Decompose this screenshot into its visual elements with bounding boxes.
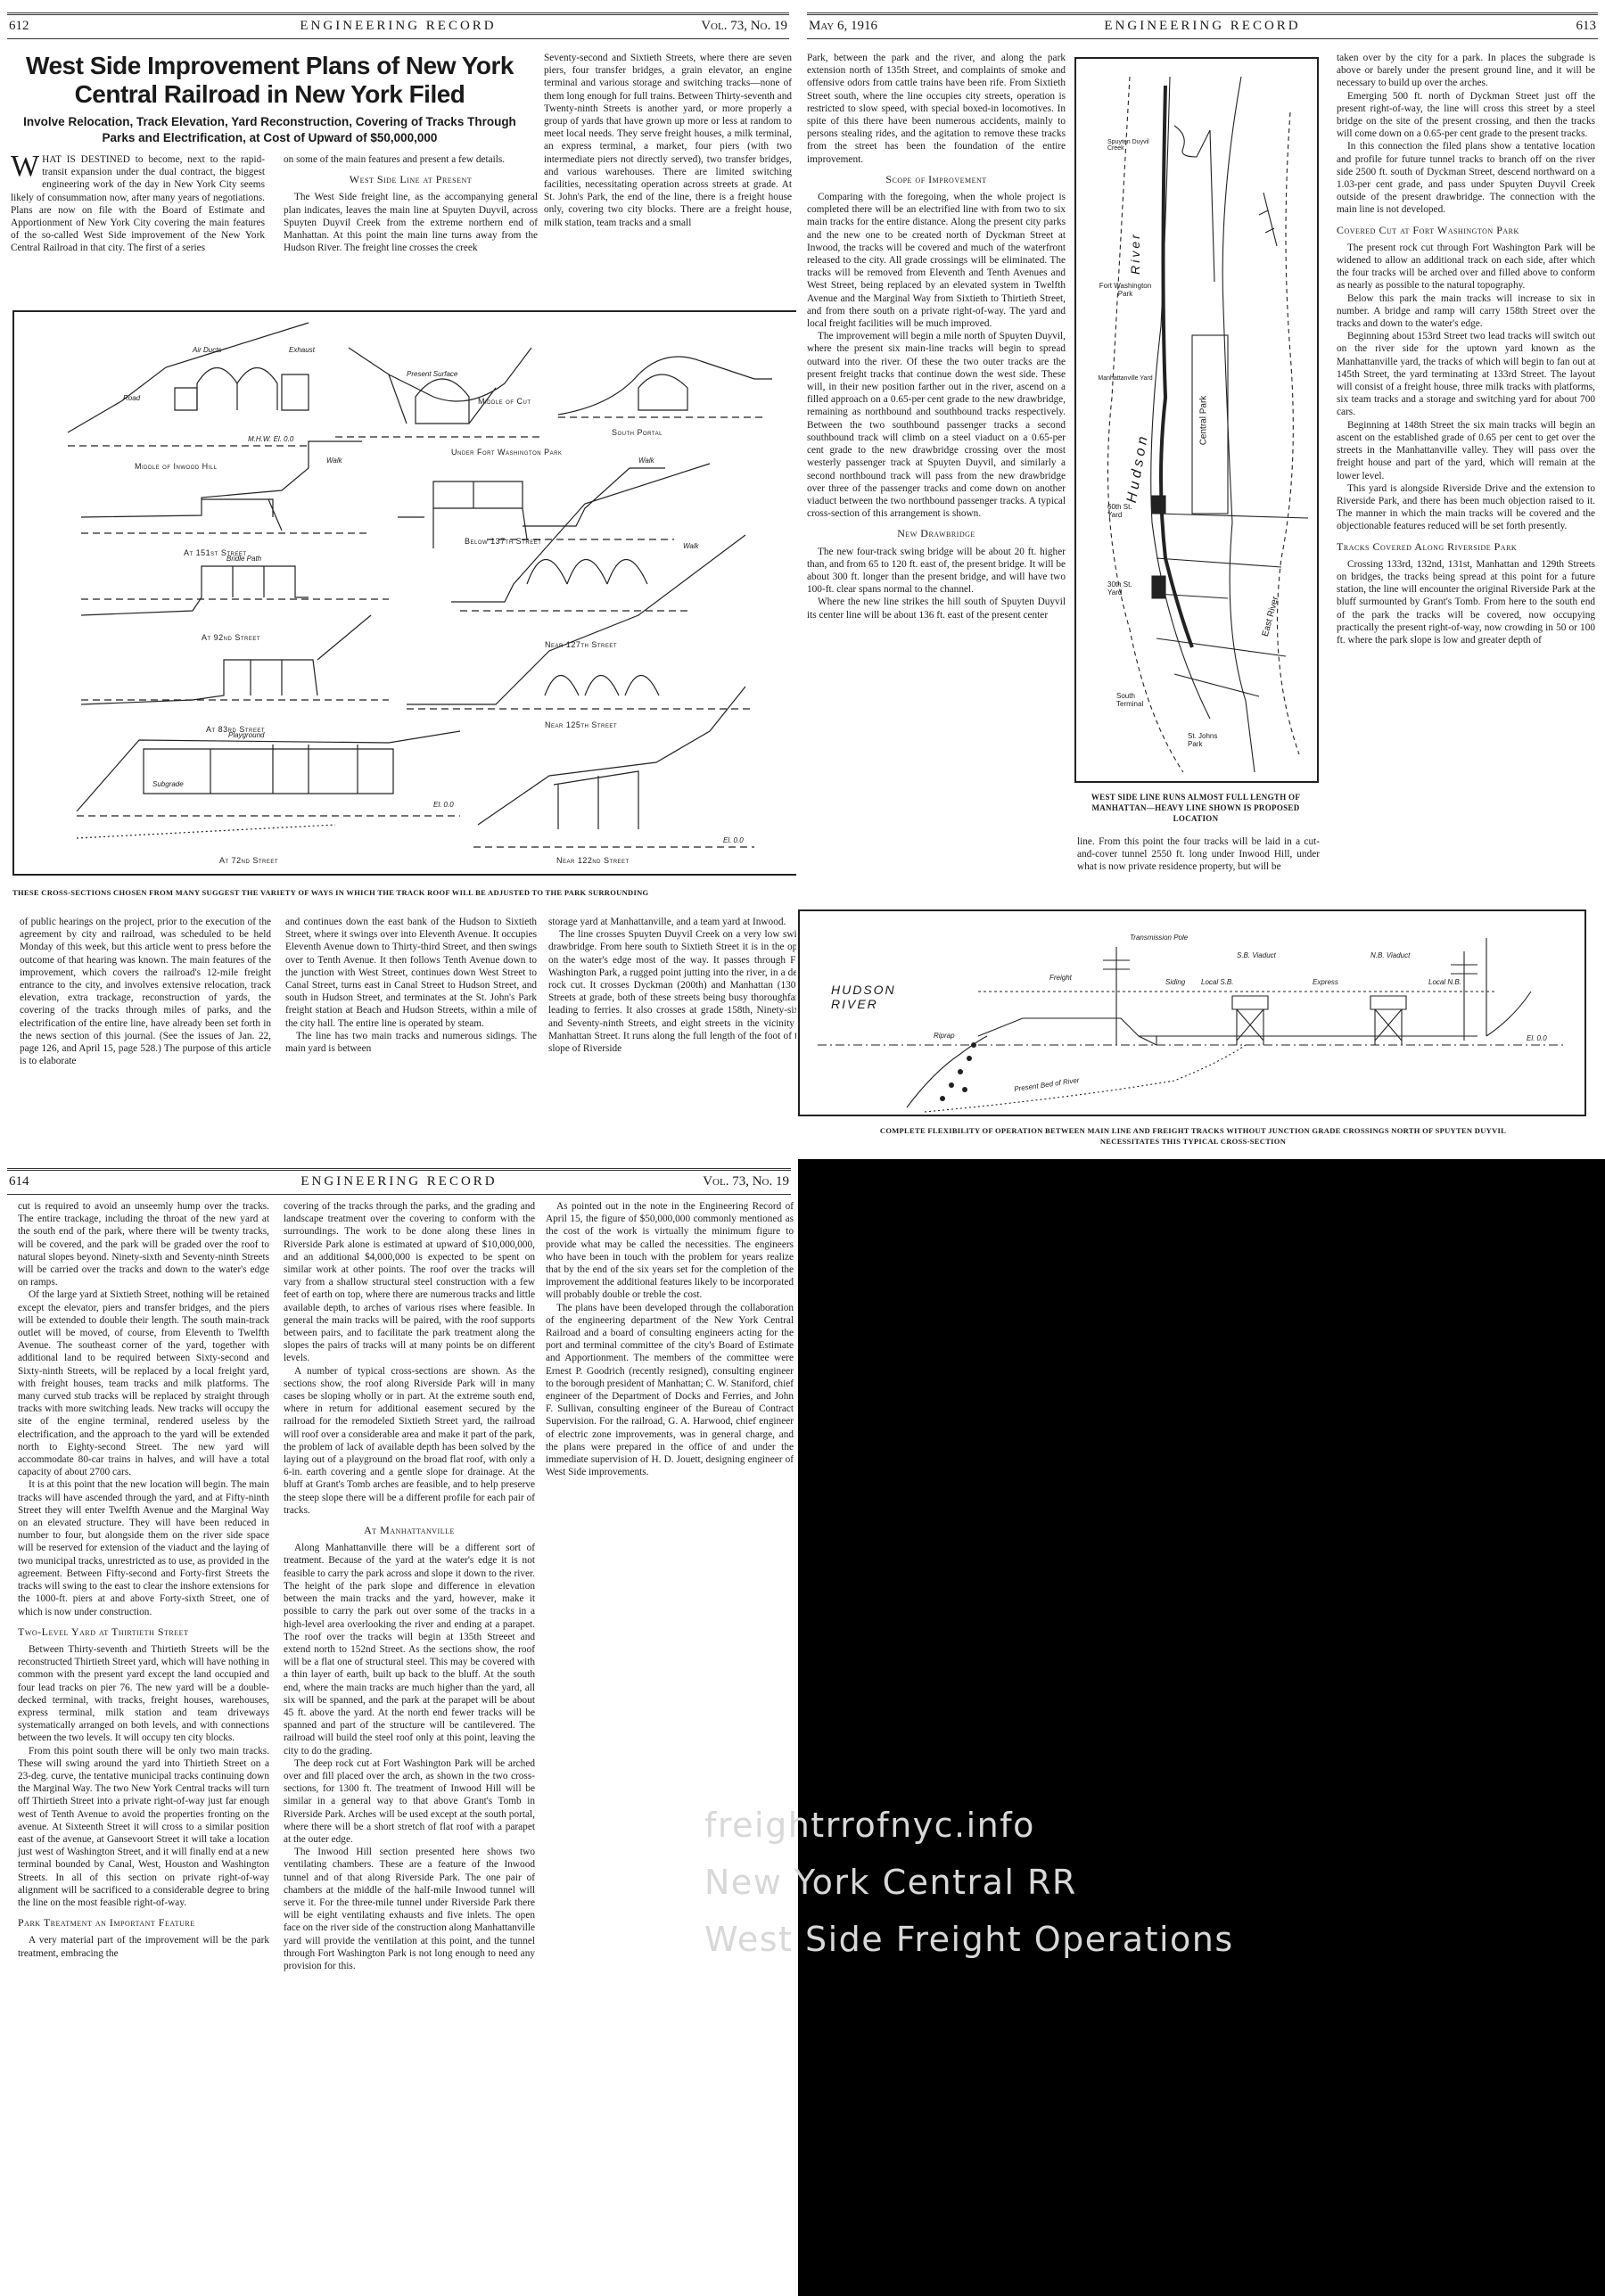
section-heading: Two-Level Yard at Thirtieth Street — [18, 1625, 269, 1638]
drawing-label: Transmission Pole — [1130, 934, 1188, 942]
drawing-label: Walk — [638, 457, 654, 465]
journal-name: ENGINEERING RECORD — [807, 19, 1598, 34]
section-heading: West Side Line at Present — [284, 173, 538, 185]
drawing-label: Local S.B. — [1201, 978, 1233, 986]
watermark-topic: West Side Freight Operations — [704, 1911, 1234, 1968]
column-3: As pointed out in the note in the Engine… — [546, 1200, 794, 1478]
paragraph: The new four-track swing bridge will be … — [807, 546, 1066, 597]
cross-sections-figure: Middle of Inwood Hill Middle of Cut Sout… — [12, 310, 796, 876]
intro-text: HAT IS DESTINED to become, next to the r… — [11, 154, 265, 253]
paragraph: Beginning about 153rd Street two lead tr… — [1337, 330, 1595, 418]
figure-caption: THESE CROSS-SECTIONS CHOSEN FROM MANY SU… — [12, 887, 796, 898]
map-label: Central Park — [1198, 396, 1208, 446]
map-label: River — [1128, 232, 1142, 275]
paragraph: Between Thirty-seventh and Thirtieth Str… — [18, 1643, 269, 1745]
caption-line-1: COMPLETE FLEXIBILITY OF OPERATION BETWEE… — [796, 1125, 1590, 1136]
drawing-label: Road — [123, 394, 140, 402]
drawing-label: Playground — [228, 731, 264, 739]
column-2: taken over by the city for a park. In pl… — [1337, 52, 1595, 646]
paragraph: Emerging 500 ft. north of Dyckman Street… — [1337, 90, 1595, 141]
section-heading: Tracks Covered Along Riverside Park — [1337, 540, 1595, 553]
bottom-column-3: storage yard at Manhattanville, and a te… — [548, 916, 796, 1055]
watermark-railroad: New York Central RR — [704, 1854, 1234, 1911]
section-heading: At Manhattanville — [284, 1524, 535, 1536]
drawing-label: Express — [1313, 978, 1338, 986]
paragraph: and continues down the east bank of the … — [285, 916, 537, 1030]
paragraph: of public hearings on the project, prior… — [20, 916, 271, 1067]
drawing-label: Local N.B. — [1428, 978, 1461, 986]
watermark-site: freightrrofnyc.info — [704, 1797, 1234, 1854]
typical-cross-section-figure: HUDSON RIVER Freight Transmission Pole S… — [798, 909, 1586, 1116]
map-label: 60th St. Yard — [1107, 503, 1143, 519]
paragraph: In this connection the filed plans show … — [1337, 140, 1595, 216]
journal-name: ENGINEERING RECORD — [7, 1174, 791, 1189]
paragraph: The deep rock cut at Fort Washington Par… — [284, 1757, 535, 1846]
paragraph: taken over by the city for a park. In pl… — [1337, 52, 1595, 90]
map-label: 30th St. Yard — [1107, 580, 1143, 597]
map-label: Manhattanville Yard — [1094, 375, 1156, 382]
map-caption: WEST SIDE LINE RUNS ALMOST FULL LENGTH O… — [1074, 792, 1317, 824]
page-header: May 6, 1916 ENGINEERING RECORD 613 — [807, 12, 1598, 39]
page-612: 612 ENGINEERING RECORD Vol. 73, No. 19 W… — [0, 0, 796, 1159]
column-3-top: Seventy-second and Sixtieth Streets, whe… — [544, 52, 792, 229]
drawing-label: Exhaust — [289, 346, 315, 354]
paragraph: The plans have been developed through th… — [546, 1302, 794, 1479]
column-1: Park, between the park and the river, an… — [807, 52, 1066, 621]
paragraph: Park, between the park and the river, an… — [807, 52, 1066, 166]
dropcap: W — [11, 154, 39, 179]
paragraph: The Inwood Hill section presented here s… — [284, 1846, 535, 1972]
drawing-label: M.H.W. El. 0.0 — [248, 435, 293, 443]
paragraph: Below this park the main tracks will inc… — [1337, 292, 1595, 331]
map-label: Spuyten Duyvil Creek — [1107, 139, 1156, 152]
section-heading: New Drawbridge — [807, 527, 1066, 539]
map-label: St. Johns Park — [1188, 732, 1223, 748]
section-label: Below 137th Street — [465, 537, 541, 546]
drawing-label: Walk — [326, 457, 342, 465]
cross-section-drawing — [800, 911, 1584, 1115]
drawing-label: Air Ducts — [193, 346, 221, 354]
paragraph: A very material part of the improvement … — [18, 1934, 269, 1959]
intro-text-2: on some of the main features and present… — [284, 153, 538, 166]
section-label: Under Fort Washington Park — [451, 448, 562, 457]
paragraph: line. From this point the four tracks wi… — [1077, 835, 1320, 874]
drawing-label: Subgrade — [152, 780, 184, 788]
bottom-column-1: of public hearings on the project, prior… — [20, 916, 271, 1067]
paragraph: It is at this point that the new locatio… — [18, 1478, 269, 1617]
paragraph: Of the large yard at Sixtieth Street, no… — [18, 1288, 269, 1478]
page-614: 614 ENGINEERING RECORD Vol. 73, No. 19 c… — [0, 1159, 798, 2296]
journal-name: ENGINEERING RECORD — [7, 19, 789, 34]
drawing-label: N.B. Viaduct — [1370, 951, 1410, 959]
section-label: Middle of Cut — [478, 397, 531, 406]
section-label: Near 125th Street — [545, 720, 617, 729]
map-label: Fort Washington Park — [1099, 282, 1152, 298]
drawing-label: HUDSON RIVER — [831, 983, 911, 1011]
cross-section-caption: COMPLETE FLEXIBILITY OF OPERATION BETWEE… — [796, 1125, 1590, 1147]
article-title: West Side Improvement Plans of New York … — [9, 52, 531, 109]
drawing-label: S.B. Viaduct — [1237, 951, 1276, 959]
section-heading: Covered Cut at Fort Washington Park — [1337, 224, 1595, 236]
column-1: cut is required to avoid an unseemly hum… — [18, 1200, 269, 1960]
intro-column-1: WHAT IS DESTINED to become, next to the … — [11, 153, 265, 255]
section-label: Middle of Inwood Hill — [135, 462, 218, 471]
paragraph: Where the new line strikes the hill sout… — [807, 596, 1066, 621]
drawing-label: Present Surface — [407, 370, 457, 378]
paragraph: A number of typical cross-sections are s… — [284, 1365, 535, 1517]
site-watermark: freightrrofnyc.info New York Central RR … — [704, 1797, 1234, 1968]
map-label: South Terminal — [1116, 692, 1161, 708]
paragraph: cut is required to avoid an unseemly hum… — [18, 1200, 269, 1288]
drawing-label: El. 0.0 — [1527, 1034, 1547, 1042]
section-label: At 72nd Street — [219, 856, 278, 865]
section-label: Near 122nd Street — [556, 856, 630, 865]
caption-line-2: NECESSITATES THIS TYPICAL CROSS-SECTION — [796, 1136, 1590, 1147]
paragraph: Along Manhattanville there will be a dif… — [284, 1542, 535, 1757]
intro-column-2: on some of the main features and present… — [284, 153, 538, 254]
manhattan-map: Spuyten Duyvil Creek River Fort Washingt… — [1074, 57, 1319, 783]
paragraph: This yard is alongside Riverside Drive a… — [1337, 482, 1595, 533]
paragraph: The West Side freight line, as the accom… — [284, 191, 538, 254]
section-heading: Park Treatment an Important Feature — [18, 1916, 269, 1929]
section-label: At 92nd Street — [202, 633, 260, 642]
paragraph: The line crosses Spuyten Duyvil Creek on… — [548, 928, 796, 1055]
page-613: May 6, 1916 ENGINEERING RECORD 613 Park,… — [796, 0, 1605, 1159]
article-subtitle: Involve Relocation, Track Elevation, Yar… — [9, 114, 531, 146]
column-mid-bottom: line. From this point the four tracks wi… — [1077, 835, 1320, 874]
paragraph: The present rock cut through Fort Washin… — [1337, 242, 1595, 292]
drawing-label: Siding — [1165, 978, 1185, 986]
drawing-label: Walk — [683, 542, 699, 550]
paragraph: As pointed out in the note in the Engine… — [546, 1200, 794, 1302]
paragraph: Crossing 133rd, 132nd, 131st, Manhattan … — [1337, 558, 1595, 646]
paragraph: The line has two main tracks and numerou… — [285, 1030, 537, 1055]
section-heading: Scope of Improvement — [807, 173, 1066, 185]
paragraph: storage yard at Manhattanville, and a te… — [548, 916, 796, 928]
volume-number: Vol. 73, No. 19 — [703, 1174, 789, 1189]
page-header: 612 ENGINEERING RECORD Vol. 73, No. 19 — [7, 12, 789, 39]
paragraph: Comparing with the foregoing, when the w… — [807, 191, 1066, 330]
drawing-label: Riprap — [934, 1032, 955, 1040]
page-header: 614 ENGINEERING RECORD Vol. 73, No. 19 — [7, 1168, 791, 1195]
drawing-label: Bridle Path — [226, 555, 261, 563]
section-label: Near 127th Street — [545, 640, 617, 649]
map-drawing — [1076, 59, 1317, 781]
section-label: South Portal — [612, 428, 663, 437]
drawing-label: El. 0.0 — [723, 836, 744, 844]
volume-number: Vol. 73, No. 19 — [701, 19, 787, 34]
column-2: covering of the tracks through the parks… — [284, 1200, 535, 1972]
paragraph: covering of the tracks through the parks… — [284, 1200, 535, 1365]
paragraph: From this point south there will be only… — [18, 1745, 269, 1910]
paragraph: Beginning at 148th Street the six main t… — [1337, 419, 1595, 482]
page-number: 613 — [1576, 19, 1597, 34]
drawing-label: Freight — [1049, 974, 1072, 982]
bottom-column-2: and continues down the east bank of the … — [285, 916, 537, 1055]
paragraph: Seventy-second and Sixtieth Streets, whe… — [544, 52, 792, 229]
drawing-label: El. 0.0 — [433, 801, 454, 809]
paragraph: The improvement will begin a mile north … — [807, 330, 1066, 520]
